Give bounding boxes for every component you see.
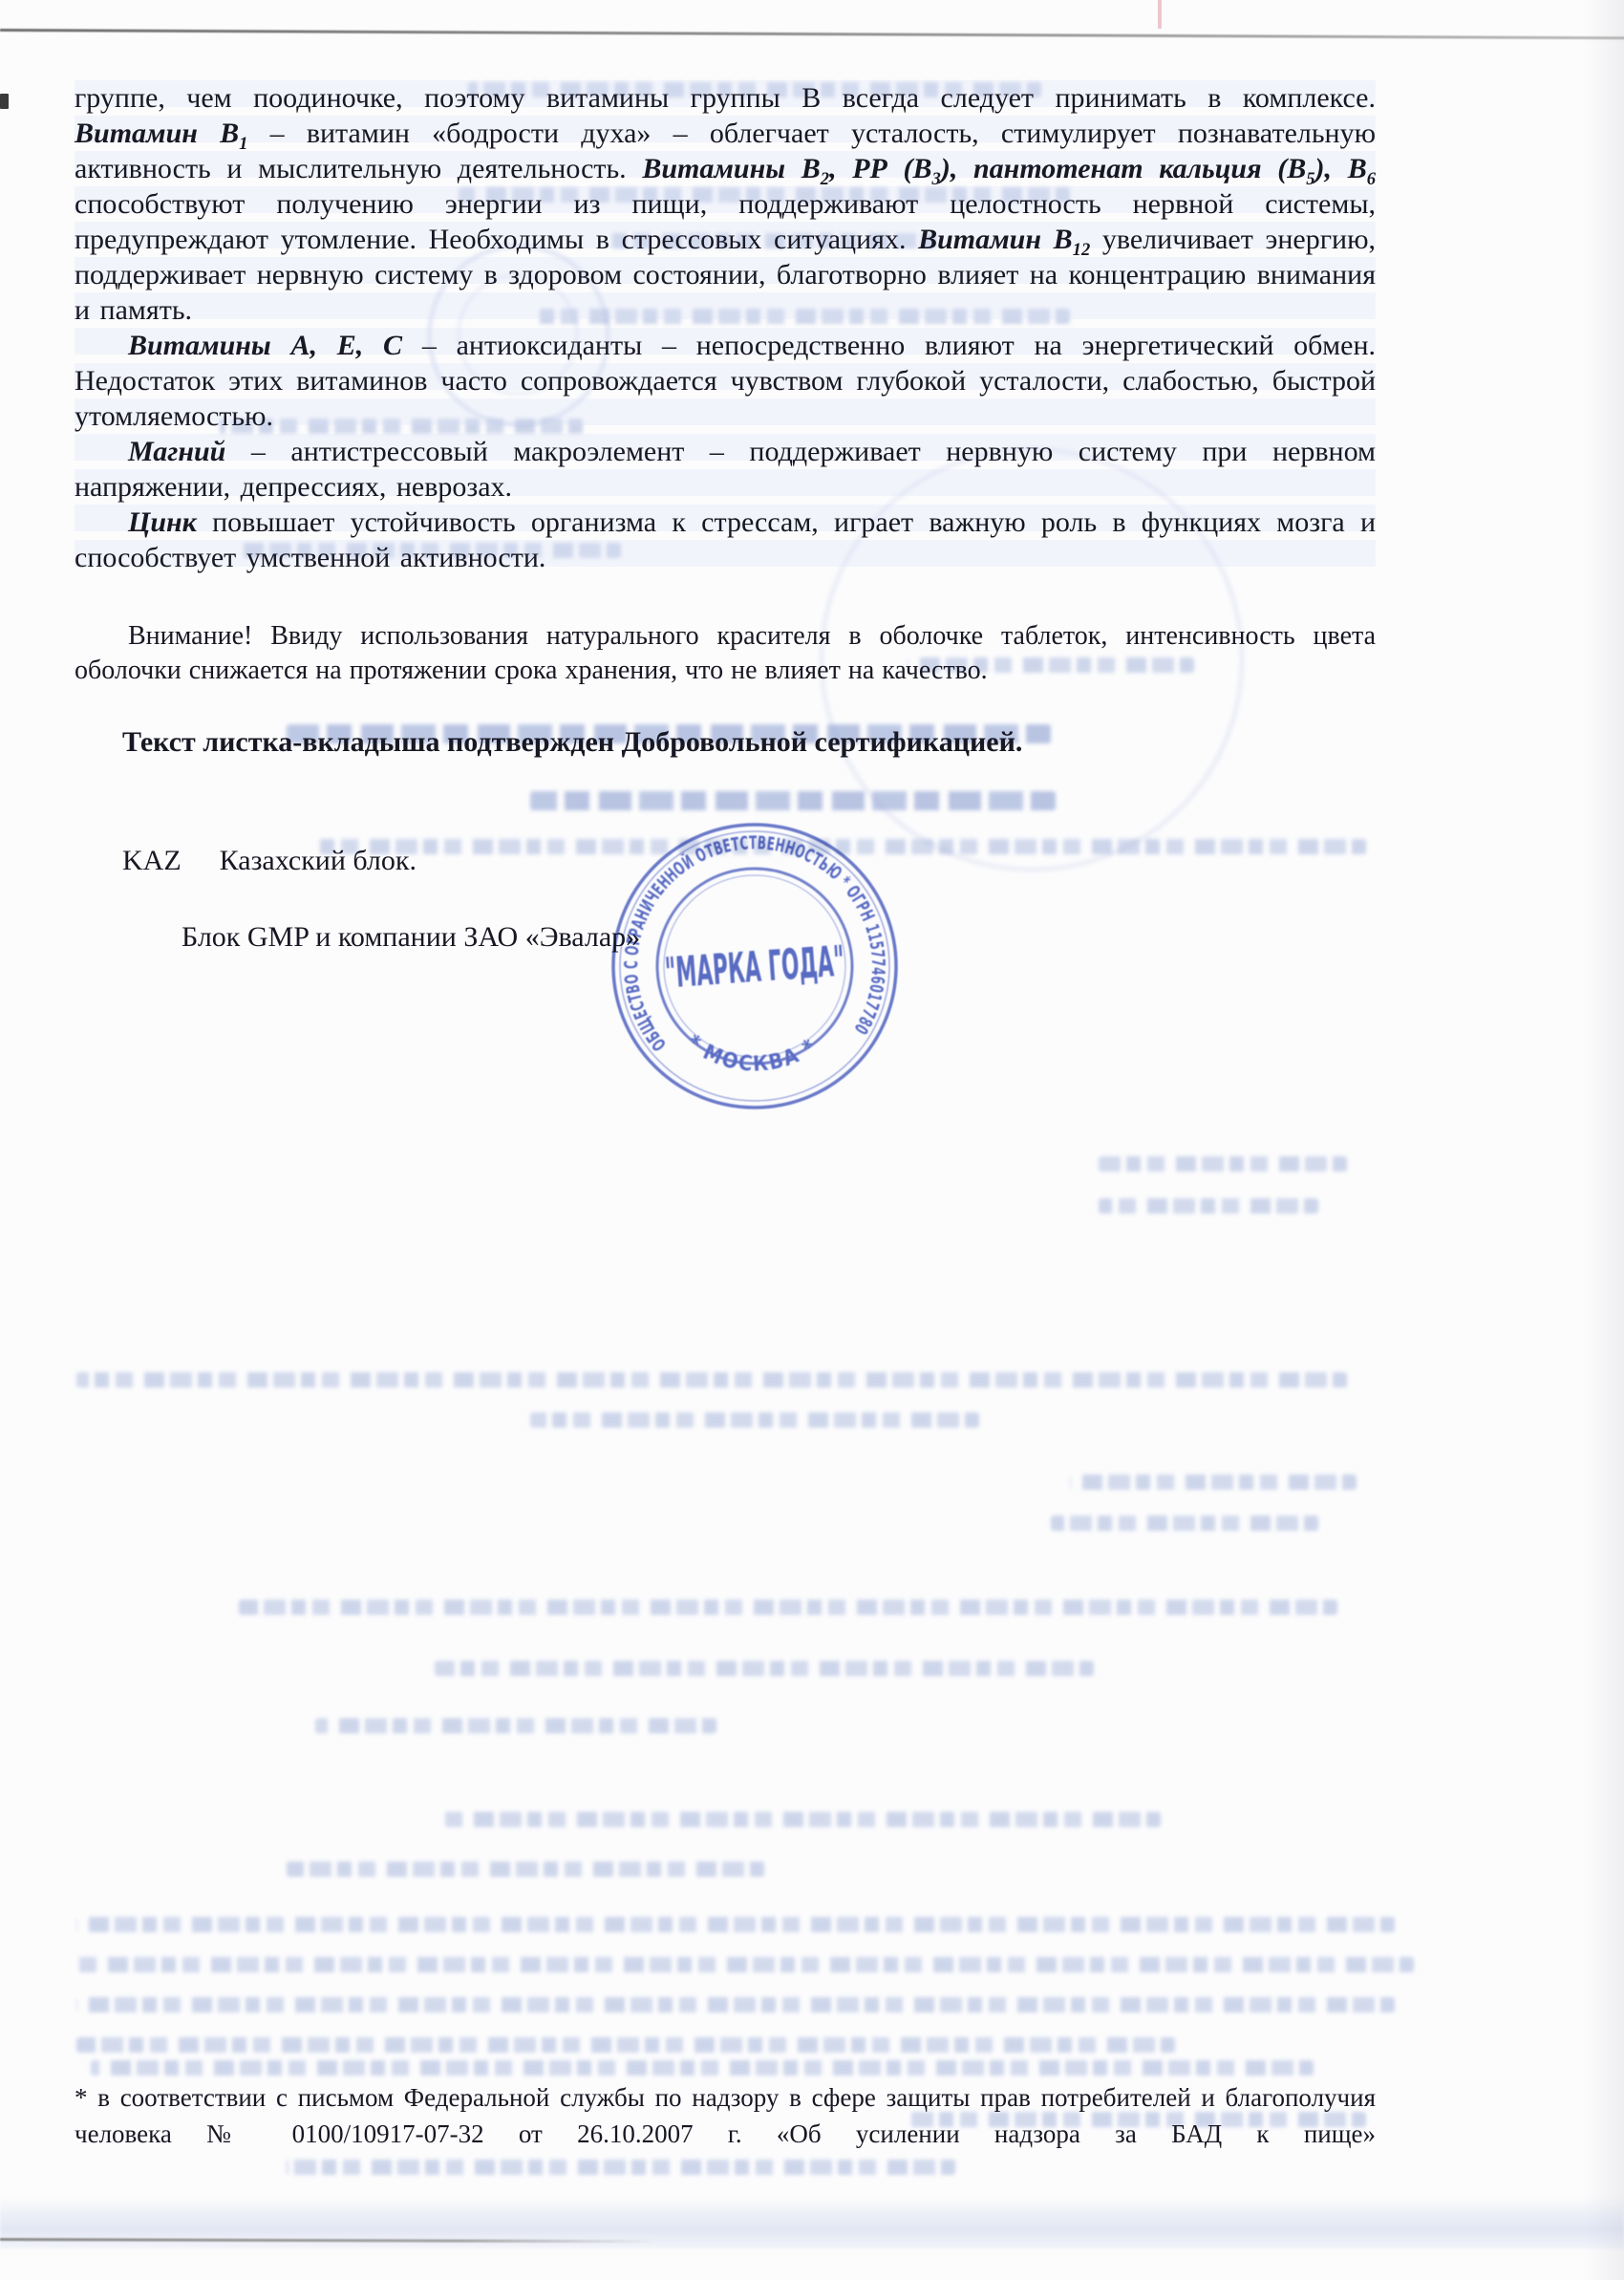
bleedthrough-text-line <box>76 2037 1175 2053</box>
scan-edge-line <box>0 29 1624 39</box>
kaz-line: KAZКазахский блок. <box>122 845 417 877</box>
bleedthrough-text-line <box>315 1718 716 1733</box>
bleedthrough-text-line <box>1051 1516 1318 1531</box>
bleedthrough-text-line <box>1099 1156 1347 1172</box>
paragraph-zinc: Цинк повышает устойчивость организма к с… <box>75 505 1376 575</box>
scan-artifact-pink-tick <box>1158 0 1162 29</box>
attention-note: Внимание! Ввиду использования натурально… <box>75 619 1376 688</box>
bleedthrough-text-line <box>1099 1198 1318 1214</box>
bleedthrough-text-line <box>287 2160 955 2175</box>
stamp-center-text: "МАРКА ГОДА" <box>664 937 846 999</box>
bleedthrough-text-line <box>1070 1474 1357 1490</box>
page-edge-shading <box>1584 0 1624 2280</box>
kaz-label: KAZ <box>122 845 182 877</box>
paragraph-antioxidants: Витамины А, Е, С – антиоксиданты – непос… <box>75 328 1376 434</box>
paragraph-b-vitamins: группе, чем поодиночке, поэтому витамины… <box>75 80 1376 328</box>
stamp-bottom-text: * МОСКВА * <box>682 1031 822 1077</box>
bleedthrough-text-line <box>287 1861 764 1877</box>
bleedthrough-text-line <box>76 1917 1395 1932</box>
footnote: * в соответствии с письмом Федеральной с… <box>75 2079 1376 2152</box>
bleedthrough-text-line <box>76 1957 1414 1972</box>
bleedthrough-text-line <box>530 1412 979 1428</box>
certification-heading: Текст листка-вкладыша подтвержден Добров… <box>122 724 1364 761</box>
bleedthrough-text-line <box>76 1372 1347 1387</box>
bleedthrough-text-line <box>239 1600 1337 1615</box>
bleedthrough-text-line <box>76 1997 1395 2012</box>
bleedthrough-text-line <box>435 1661 1094 1676</box>
kaz-text: Казахский блок. <box>220 845 417 876</box>
scanned-page: группе, чем поодиночке, поэтому витамины… <box>0 0 1624 2280</box>
gmp-line: Блок GMP и компании ЗАО «Эвалар» <box>182 921 640 954</box>
scan-artifact-left-tick <box>0 94 9 109</box>
bleedthrough-text-line <box>444 1812 1161 1827</box>
body-text: группе, чем поодиночке, поэтому витамины… <box>75 80 1376 575</box>
paragraph-magnesium: Магний – антистрессовый макроэлемент – п… <box>75 434 1376 505</box>
bleedthrough-text-line <box>91 2060 1314 2076</box>
company-stamp: ОБЩЕСТВО С ОГРАНИЧЕННОЙ ОТВЕТСТВЕННОСТЬЮ… <box>592 804 917 1129</box>
